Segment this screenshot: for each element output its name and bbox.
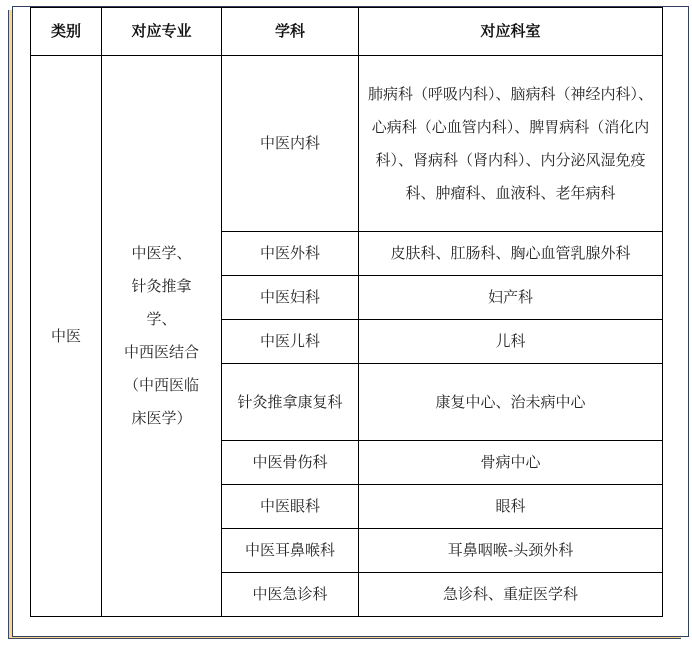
- major-line: 床医学）: [108, 402, 215, 435]
- category-cell: 中医: [31, 56, 102, 617]
- departments-cell: 皮肤科、肛肠科、胸心血管乳腺外科: [359, 232, 663, 276]
- subject-cell: 针灸推拿康复科: [222, 364, 359, 441]
- departments-cell: 肺病科（呼吸内科）、脑病科（神经内科）、心病科（心血管内科）、脾胃病科（消化内科…: [359, 56, 663, 232]
- header-major: 对应专业: [102, 8, 222, 56]
- subject-cell: 中医内科: [222, 56, 359, 232]
- major-line: 中西医结合: [108, 336, 215, 369]
- departments-cell: 眼科: [359, 485, 663, 529]
- table-header-row: 类别 对应专业 学科 对应科室: [31, 8, 663, 56]
- header-departments: 对应科室: [359, 8, 663, 56]
- major-cell: 中医学、 针灸推拿 学、 中西医结合 （中西医临 床医学）: [102, 56, 222, 617]
- departments-cell: 儿科: [359, 320, 663, 364]
- departments-cell: 康复中心、治未病中心: [359, 364, 663, 441]
- departments-cell: 骨病中心: [359, 441, 663, 485]
- table-row: 中医 中医学、 针灸推拿 学、 中西医结合 （中西医临 床医学） 中医内科 肺病…: [31, 56, 663, 232]
- departments-cell: 妇产科: [359, 276, 663, 320]
- subject-cell: 中医耳鼻喉科: [222, 529, 359, 573]
- department-mapping-table: 类别 对应专业 学科 对应科室 中医 中医学、 针灸推拿 学、 中西医结合 （中…: [30, 7, 663, 617]
- header-category: 类别: [31, 8, 102, 56]
- subject-cell: 中医妇科: [222, 276, 359, 320]
- subject-cell: 中医儿科: [222, 320, 359, 364]
- subject-cell: 中医骨伤科: [222, 441, 359, 485]
- major-line: （中西医临: [108, 369, 215, 402]
- subject-cell: 中医眼科: [222, 485, 359, 529]
- departments-cell: 耳鼻咽喉-头颈外科: [359, 529, 663, 573]
- departments-cell: 急诊科、重症医学科: [359, 573, 663, 617]
- subject-cell: 中医急诊科: [222, 573, 359, 617]
- header-subject: 学科: [222, 8, 359, 56]
- major-line: 学、: [108, 303, 215, 336]
- subject-cell: 中医外科: [222, 232, 359, 276]
- major-line: 中医学、: [108, 237, 215, 270]
- major-line: 针灸推拿: [108, 270, 215, 303]
